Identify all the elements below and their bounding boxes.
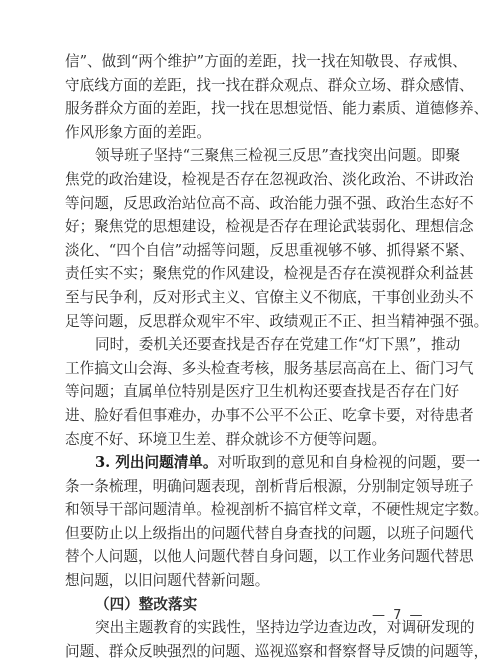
section-lead: 3. 列出问题清单。 [95,454,217,471]
text-line: 和领导干部问题清单。检视剖析不搞官样文章，不硬性规定字数。 [65,498,423,522]
body-text: 信”、做到“两个维护”方面的差距，找一找在知敬畏、存戒惧、 守底线方面的差距，找… [65,50,423,663]
text-line: 责任实不实；聚焦党的作风建设，检视是否存在漠视群众利益甚 [65,262,423,286]
text-line: 服务群众方面的差距，找一找在思想觉悟、能力素质、道德修养、 [65,97,423,121]
text-line: 进、脸好看但事难办，办事不公平不公正、吃拿卡要，对待患者 [65,404,423,428]
text-line: 想问题，以旧问题代替新问题。 [65,569,423,593]
text-line: 但要防止以上级指出的问题代替自身查找的问题，以班子问题代 [65,522,423,546]
paragraph-start: 3. 列出问题清单。对听取到的意见和自身检视的问题，要一 [65,451,423,475]
text-line: 守底线方面的差距，找一找在群众观点、群众立场、群众感情、 [65,74,423,98]
text-line: 替个人问题，以他人问题代替自身问题，以工作业务问题代替思 [65,545,423,569]
paragraph-start: 突出主题教育的实践性，坚持边学边查边改，对调研发现的 [65,616,423,640]
text-line: 作风形象方面的差距。 [65,121,423,145]
text-line: 等问题，反思政治站位高不高、政治能力强不强、政治生态好不 [65,192,423,216]
text-line: 好；聚焦党的思想建设，检视是否存在理论武装弱化、理想信念 [65,215,423,239]
text-line: 条一条梳理，明确问题表现，剖析背后根源，分别制定领导班子 [65,475,423,499]
text-line: 焦党的政治建设，检视是否存在忽视政治、淡化政治、不讲政治 [65,168,423,192]
text-line: 至与民争利，反对形式主义、官僚主义不彻底，干事创业劲头不 [65,286,423,310]
text-line: 问题、群众反映强烈的问题、巡视巡察和督察督导反馈的问题等， [65,640,423,664]
paragraph-start: 领导班子坚持“三聚焦三检视三反思”查找突出问题。即聚 [65,144,423,168]
text-line: 工作搞文山会海、多头检查考核，服务基层高高在上、衙门习气 [65,357,423,381]
section-heading: （四）整改落实 [65,593,423,617]
text-line: 等问题；直属单位特别是医疗卫生机构还要查找是否存在门好 [65,380,423,404]
page-number: — 7 — [372,608,425,623]
text-line: 态度不好、环境卫生差、群众就诊不方便等问题。 [65,428,423,452]
document-page: 信”、做到“两个维护”方面的差距，找一找在知敬畏、存戒惧、 守底线方面的差距，找… [0,0,492,672]
text-line: 信”、做到“两个维护”方面的差距，找一找在知敬畏、存戒惧、 [65,50,423,74]
paragraph-start: 同时，委机关还要查找是否存在党建工作“灯下黑”，推动 [65,333,423,357]
text-line: 淡化、“四个自信”动摇等问题，反思重视够不够、抓得紧不紧、 [65,239,423,263]
text-run: 对听取到的意见和自身检视的问题，要一 [217,454,480,471]
text-line: 足等问题，反思群众观牢不牢、政绩观正不正、担当精神强不强。 [65,310,423,334]
